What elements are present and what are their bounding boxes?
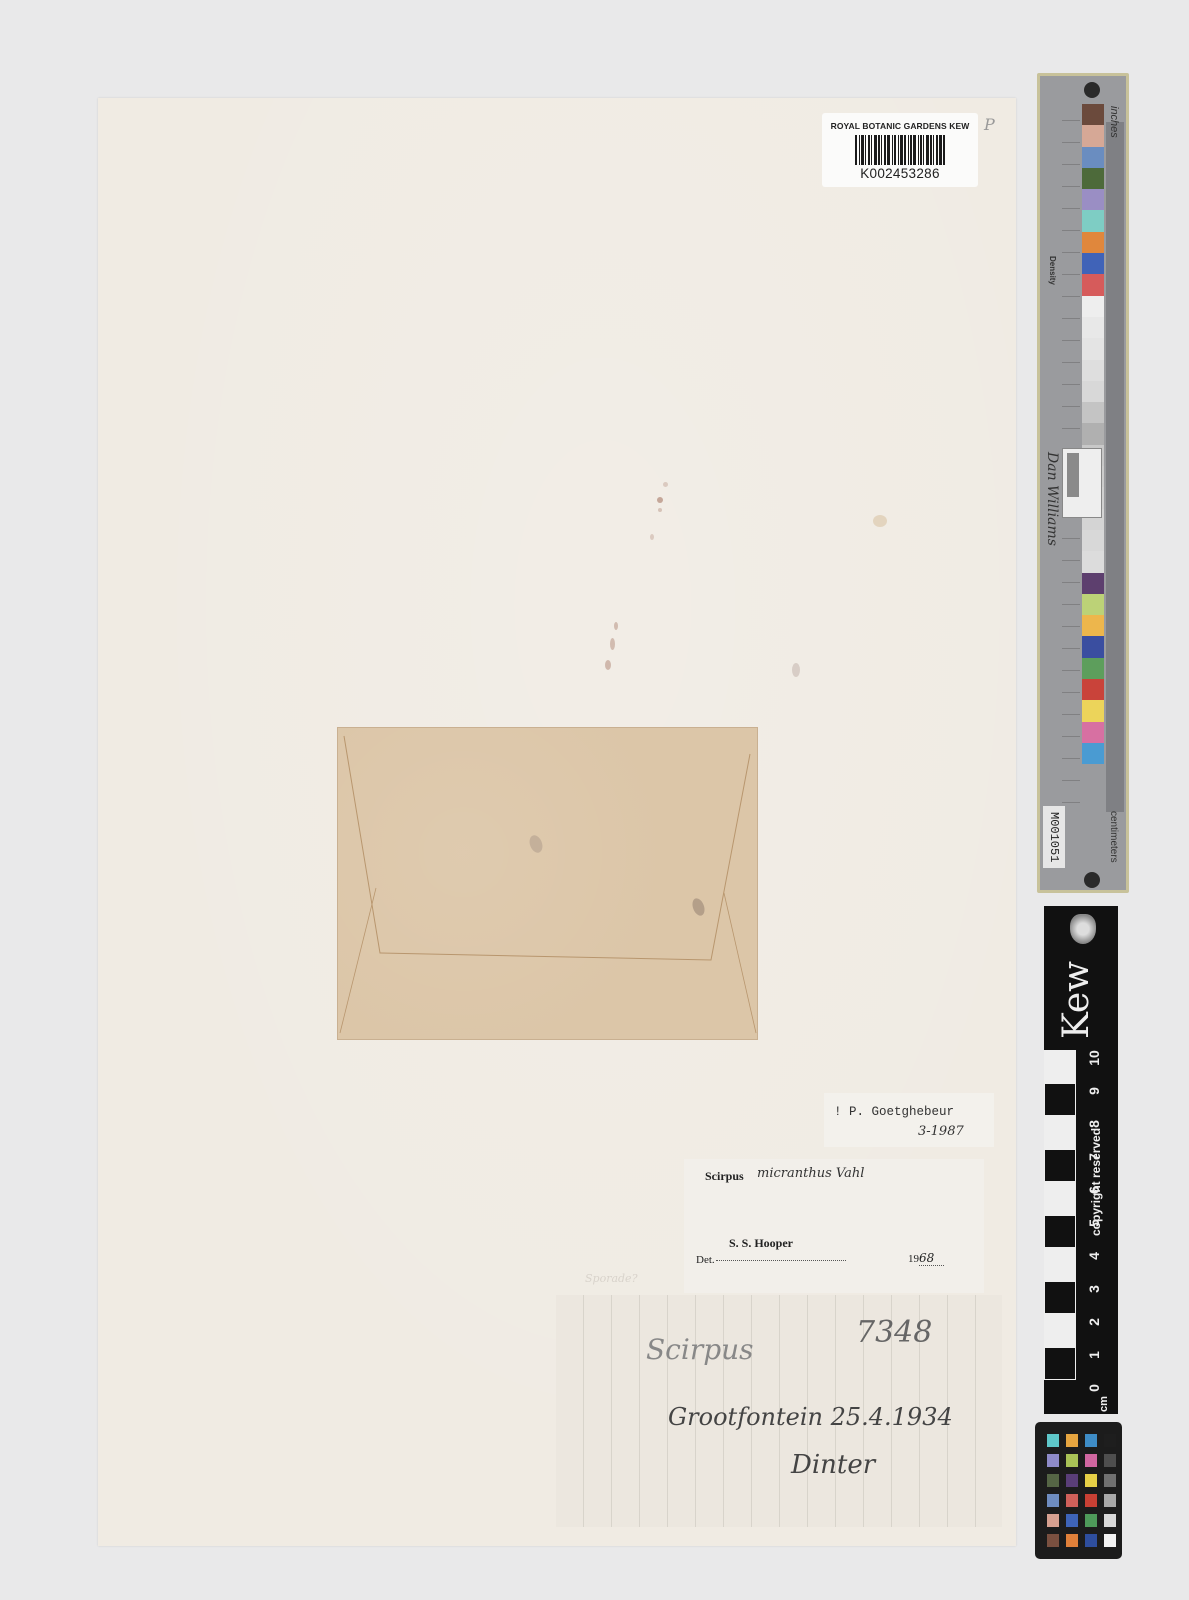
stain-mark <box>658 508 662 512</box>
color-patch <box>1085 1514 1097 1527</box>
cm-number: 6 <box>1086 1180 1102 1200</box>
cm-number: 9 <box>1086 1081 1102 1101</box>
color-swatch <box>1082 104 1104 125</box>
barcode-number: K002453286 <box>822 166 978 181</box>
ruler-brand: Dan Williams <box>1044 452 1060 546</box>
centimeters-label: centimeters <box>1108 811 1119 863</box>
barcode-icon <box>822 135 978 165</box>
color-swatch <box>1082 253 1104 274</box>
color-swatch <box>1082 189 1104 210</box>
cm-number: 2 <box>1086 1312 1102 1332</box>
color-swatch <box>1082 402 1104 423</box>
color-calibration-ruler: inches centimeters Density Dan Williams … <box>1037 73 1129 893</box>
kew-logo: Kew <box>1056 961 1097 1039</box>
kew-crest-icon <box>1070 914 1096 944</box>
color-swatch <box>1082 594 1104 615</box>
stain-mark <box>663 482 668 487</box>
det-prefix: Det. <box>696 1254 715 1266</box>
cm-scale-ticks <box>1044 1050 1076 1380</box>
color-swatch-column <box>1082 104 1104 764</box>
cm-unit-label: cm <box>1098 1396 1110 1412</box>
cm-number: 1 <box>1086 1345 1102 1365</box>
color-patch <box>1104 1494 1116 1507</box>
color-swatch <box>1082 573 1104 594</box>
ruler-scale-strip <box>1106 122 1124 812</box>
color-patch-grid <box>1047 1434 1116 1547</box>
determination-slip-goetghebeur: ! P. Goetghebeur 3-1987 <box>824 1093 994 1147</box>
density-label: Density <box>1048 256 1057 285</box>
color-swatch <box>1082 168 1104 189</box>
color-patch <box>1047 1514 1059 1527</box>
color-swatch <box>1082 338 1104 359</box>
color-patch <box>1066 1434 1078 1447</box>
color-swatch <box>1082 232 1104 253</box>
color-swatch <box>1082 615 1104 636</box>
color-checker-card <box>1035 1422 1122 1559</box>
color-swatch <box>1082 636 1104 657</box>
color-swatch <box>1082 317 1104 338</box>
original-collection-label: 7348 Scirpus Grootfontein 25.4.1934 Dint… <box>556 1295 1002 1527</box>
faint-pencil-note: Sporade? <box>585 1272 637 1285</box>
color-swatch <box>1082 296 1104 317</box>
stain-mark <box>650 534 654 540</box>
color-patch <box>1085 1494 1097 1507</box>
color-patch <box>1066 1494 1078 1507</box>
color-patch <box>1066 1474 1078 1487</box>
determiner-name: ! P. Goetghebeur <box>834 1105 954 1119</box>
focus-target-icon <box>1062 448 1102 518</box>
color-swatch <box>1082 274 1104 295</box>
color-swatch <box>1082 700 1104 721</box>
color-patch <box>1104 1454 1116 1467</box>
determination-slip-hooper: Scirpus micranthus Vahl S. S. Hooper Det… <box>684 1159 984 1293</box>
cm-number: 4 <box>1086 1246 1102 1266</box>
color-patch <box>1085 1434 1097 1447</box>
color-patch <box>1066 1534 1078 1547</box>
color-swatch <box>1082 530 1104 551</box>
color-patch <box>1085 1474 1097 1487</box>
kew-scale-bar: Kew copyright reserved 012345678910 cm <box>1044 906 1118 1414</box>
color-patch <box>1047 1434 1059 1447</box>
genus-handwritten: Scirpus <box>646 1333 754 1366</box>
stain-mark <box>657 497 663 503</box>
stain-mark <box>610 638 615 650</box>
color-swatch <box>1082 147 1104 168</box>
barcode-label: ROYAL BOTANIC GARDENS KEW K002453286 <box>822 113 978 187</box>
collection-number: 7348 <box>856 1315 932 1350</box>
ruler-id: M001051 <box>1043 806 1065 868</box>
inches-label: inches <box>1108 106 1120 138</box>
locality-date: Grootfontein 25.4.1934 <box>668 1403 953 1431</box>
color-patch <box>1104 1434 1116 1447</box>
cm-number: 5 <box>1086 1213 1102 1233</box>
ruler-hole-icon <box>1084 82 1100 98</box>
envelope-flap-lines <box>338 728 759 1041</box>
color-patch <box>1066 1454 1078 1467</box>
color-patch <box>1047 1474 1059 1487</box>
stain-mark <box>614 622 618 630</box>
cm-scale-numbers: 012345678910 <box>1084 1050 1104 1390</box>
determination-date: 3-1987 <box>918 1124 964 1139</box>
color-swatch <box>1082 743 1104 764</box>
color-patch <box>1085 1534 1097 1547</box>
color-swatch <box>1082 679 1104 700</box>
color-swatch <box>1082 551 1104 572</box>
taxon-epithet: micranthus Vahl <box>757 1166 864 1181</box>
corner-pencil-mark: P <box>984 115 995 134</box>
color-patch <box>1066 1514 1078 1527</box>
ruler-hole-icon <box>1084 872 1100 888</box>
color-patch <box>1104 1514 1116 1527</box>
cm-number: 7 <box>1086 1147 1102 1167</box>
color-swatch <box>1082 658 1104 679</box>
color-patch <box>1047 1454 1059 1467</box>
color-swatch <box>1082 722 1104 743</box>
color-patch <box>1104 1474 1116 1487</box>
color-swatch <box>1082 381 1104 402</box>
stain-mark <box>792 663 800 677</box>
color-patch <box>1047 1534 1059 1547</box>
det-line: Det. <box>696 1254 846 1266</box>
collector-name: Dinter <box>791 1450 875 1480</box>
cm-number: 8 <box>1086 1114 1102 1134</box>
stain-mark <box>605 660 611 670</box>
cm-number: 10 <box>1086 1048 1102 1068</box>
color-patch <box>1104 1534 1116 1547</box>
determination-year: 1968 <box>908 1251 944 1265</box>
color-swatch <box>1082 360 1104 381</box>
color-swatch <box>1082 125 1104 146</box>
color-patch <box>1085 1454 1097 1467</box>
color-swatch <box>1082 423 1104 444</box>
fragment-envelope <box>337 727 758 1040</box>
color-swatch <box>1082 210 1104 231</box>
determiner-name: S. S. Hooper <box>729 1236 793 1251</box>
cm-number: 3 <box>1086 1279 1102 1299</box>
institution-name: ROYAL BOTANIC GARDENS KEW <box>822 121 978 131</box>
color-patch <box>1047 1494 1059 1507</box>
stain-mark <box>873 515 887 527</box>
taxon-genus: Scirpus <box>705 1169 744 1184</box>
